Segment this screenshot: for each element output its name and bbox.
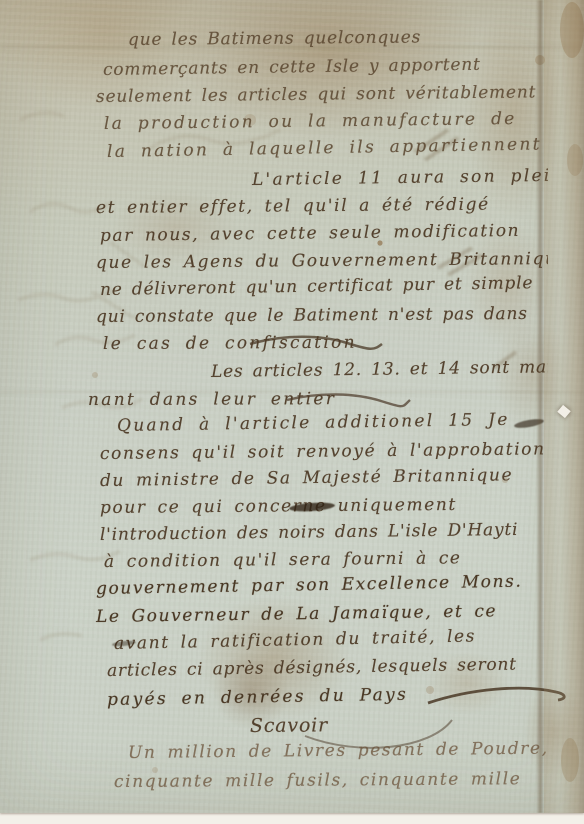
manuscript-line: que les Batimens quelconques: [128, 27, 421, 50]
manuscript-line: ne délivreront qu'un certificat pur et s…: [100, 273, 534, 300]
manuscript-line: à condition qu'il sera fourni à ce: [104, 548, 462, 572]
manuscript-line: Les articles 12. 13. et 14 sont mainte-: [211, 357, 548, 382]
manuscript-line: payés en denrées du Pays: [107, 685, 408, 710]
manuscript-line: la nation à laquelle ils appartiennent: [107, 134, 542, 162]
manuscript-line: commerçants en cette Isle y apportent: [103, 55, 481, 80]
manuscript-line: le cas de confiscation: [103, 333, 357, 354]
manuscript-line: l'introduction des noirs dans L'isle D'H…: [100, 520, 519, 545]
manuscript-line: qui constate que le Batiment n'est pas d…: [96, 304, 528, 327]
manuscript-line: seulement les articles qui sont véritabl…: [96, 82, 536, 107]
manuscript-line: L'article 11 aura son plein: [252, 166, 548, 190]
manuscript-line: articles ci après désignés, lesquels ser…: [107, 655, 517, 681]
scanned-document: que les Batimens quelconques commerçants…: [0, 0, 584, 824]
manuscript-line: cinquante mille fusils, cinquante mille: [114, 769, 522, 792]
manuscript-line: du ministre de Sa Majesté Britannique: [100, 465, 513, 491]
manuscript-line: par nous, avec cette seule modification: [100, 221, 520, 246]
vertical-crease: [536, 0, 544, 813]
manuscript-line: Le Gouverneur de La Jamaïque, et ce: [96, 601, 497, 627]
manuscript-line: la production ou la manufacture de: [104, 109, 517, 134]
manuscript-line: gouvernement par son Excellence Mons.: [96, 572, 523, 599]
handwritten-text-block: que les Batimens quelconques commerçants…: [0, 0, 548, 813]
manuscript-line: consens qu'il soit renvoyé à l'approbati…: [100, 439, 546, 464]
manuscript-line: que les Agens du Gouvernement Britanniqu…: [96, 249, 548, 273]
manuscript-line: et entier effet, tel qu'il a été rédigé: [96, 195, 490, 218]
manuscript-line: avant la ratification du traité, les: [114, 626, 476, 654]
manuscript-line: pour ce qui concerne uniquement: [100, 495, 457, 518]
manuscript-line: Scavoir: [250, 715, 328, 736]
manuscript-line: nant dans leur entier: [88, 389, 336, 410]
manuscript-line: Un million de Livres pesant de Poudre,: [128, 739, 548, 763]
manuscript-page: que les Batimens quelconques commerçants…: [0, 0, 584, 813]
manuscript-line: Quand à l'article additionel 15 Je: [117, 410, 510, 436]
